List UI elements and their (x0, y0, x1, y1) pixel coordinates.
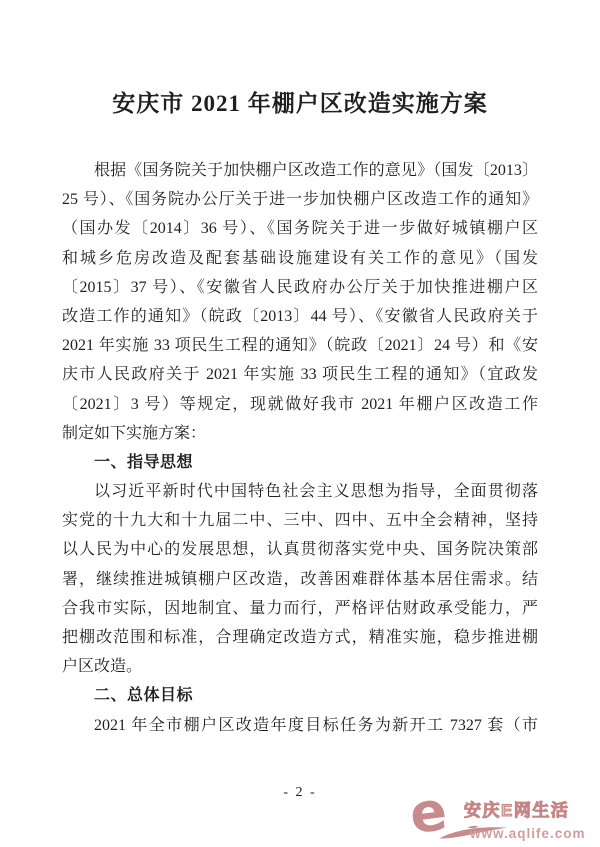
watermark-site-name: 安庆E网生活 (464, 801, 569, 821)
document-line: 合我市实际，因地制宜、量力而行，严格评估财政承受能力，严 (62, 594, 538, 623)
document-line: 2021 年全市棚户区改造年度目标任务为新开工 7327 套（市 (62, 711, 538, 740)
document-line: 以习近平新时代中国特色社会主义思想为指导，全面贯彻落 (62, 477, 538, 506)
document-line: 实党的十九大和十九届二中、三中、四中、五中全会精神，坚持 (62, 506, 538, 535)
document-line: 制定如下实施方案： (62, 419, 538, 448)
document-line: 和城乡危房改造及配套基础设施建设有关工作的意见》（国发 (62, 244, 538, 273)
document-line: 〔2021〕3 号）等规定，现就做好我市 2021 年棚户区改造工作 (62, 390, 538, 419)
document-line: 〔2015〕37 号）、《安徽省人民政府办公厅关于加快推进棚户区 (62, 273, 538, 302)
document-line: 根据《国务院关于加快棚户区改造工作的意见》（国发〔2013〕 (62, 156, 538, 185)
document-line: （国办发〔2014〕36 号）、《国务院关于进一步做好城镇棚户区 (62, 214, 538, 243)
document-body: 根据《国务院关于加快棚户区改造工作的意见》（国发〔2013〕25 号）、《国务院… (62, 156, 538, 740)
document-line: 以人民为中心的发展思想，认真贯彻落实党中央、国务院决策部 (62, 535, 538, 564)
document-line: 25 号）、《国务院办公厅关于进一步加快棚户区改造工作的通知》 (62, 185, 538, 214)
document-page: 安庆市 2021 年棚户区改造实施方案 根据《国务院关于加快棚户区改造工作的意见… (0, 0, 600, 847)
watermark-site-url: www.aqlife.com (470, 826, 586, 841)
section-heading: 一、指导思想 (62, 448, 538, 477)
document-line: 2021 年实施 33 项民生工程的通知》（皖政〔2021〕24 号）和《安 (62, 331, 538, 360)
document-line: 改造工作的通知》（皖政〔2013〕44 号）、《安徽省人民政府关于 (62, 302, 538, 331)
watermark-logo: e 安庆E网生活 www.aqlife.com (412, 798, 600, 847)
section-heading: 二、总体目标 (62, 681, 538, 710)
document-line: 户区改造。 (62, 652, 538, 681)
document-line: 庆市人民政府关于 2021 年实施 33 项民生工程的通知》（宜政发 (62, 360, 538, 389)
document-title: 安庆市 2021 年棚户区改造实施方案 (0, 88, 600, 120)
document-line: 把棚改范围和标准，合理确定改造方式，精准实施，稳步推进棚 (62, 623, 538, 652)
document-line: 署，继续推进城镇棚户区改造，改善困难群体基本居住需求。结 (62, 565, 538, 594)
